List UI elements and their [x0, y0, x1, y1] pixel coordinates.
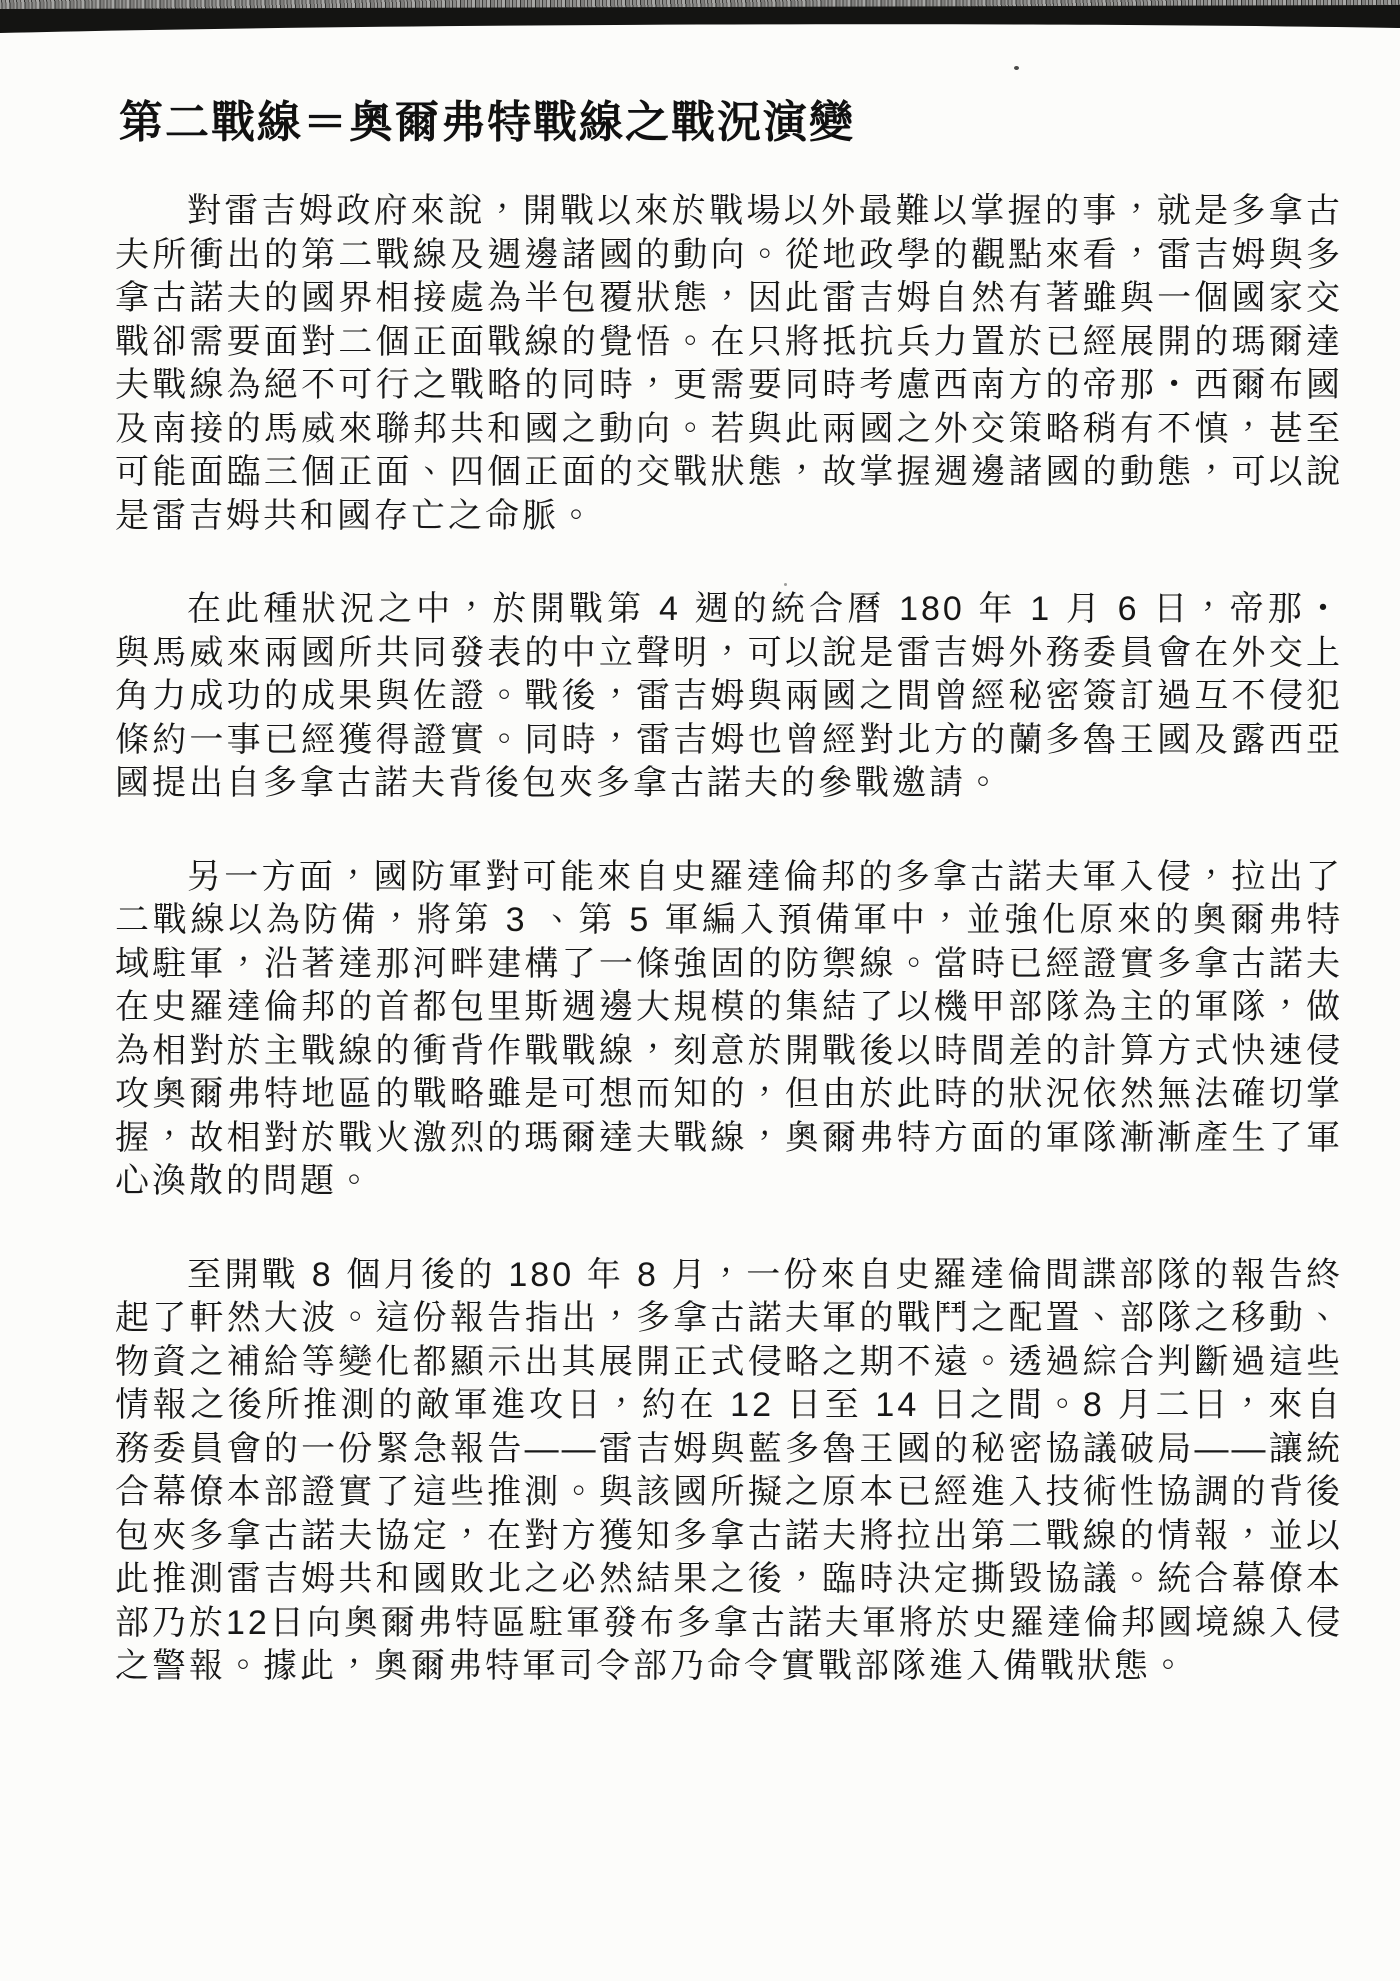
text-line: 包夾多拿古諾夫協定，在對方獲知多拿古諾夫將拉出第二戰線的情報，並以	[115, 1515, 1343, 1559]
text-line: 條約一事已經獲得證實。同時，雷吉姆也曾經對北方的蘭多魯王國及露西亞	[115, 719, 1343, 763]
text-line: 物資之補給等變化都顯示出其展開正式侵略之期不遠。透過綜合判斷過這些	[115, 1341, 1343, 1385]
body-text: 對雷吉姆政府來說，開戰以來於戰場以外最難以掌握的事，就是多拿古諾夫所衝出的第二戰…	[115, 190, 1343, 1689]
text-line: 部乃於12日向奧爾弗特區駐軍發布多拿古諾夫軍將於史羅達倫邦國境線入侵	[115, 1602, 1343, 1646]
text-line: 與馬威來兩國所共同發表的中立聲明，可以說是雷吉姆外務委員會在外交上	[115, 632, 1343, 676]
text-line: 起了軒然大波。這份報告指出，多拿古諾夫軍的戰鬥之配置、部隊之移動、	[115, 1297, 1343, 1341]
scan-edge-artifact	[0, 0, 1400, 40]
text-line: 合幕僚本部證實了這些推測。與該國所擬之原本已經進入技術性協調的背後	[115, 1471, 1343, 1515]
text-line: 域駐軍，沿著達那河畔建構了一條強固的防禦線。當時已經證實多拿古諾夫	[115, 943, 1343, 987]
text-line: 二戰線以為防備，將第 3 、第 5 軍編入預備軍中，並強化原來的奧爾弗特區	[115, 899, 1343, 943]
page-title: 第二戰線＝奧爾弗特戰線之戰況演變	[119, 86, 855, 150]
paragraph: 在此種狀況之中，於開戰第 4 週的統合曆 180 年 1 月 6 日，帝那・西爾…	[115, 588, 1343, 806]
text-line: 戰卻需要面對二個正面戰線的覺悟。在只將抵抗兵力置於已經展開的瑪爾達	[115, 321, 1343, 365]
text-line: 此推測雷吉姆共和國敗北之必然結果之後，臨時決定撕毀協議。統合幕僚本	[115, 1558, 1343, 1602]
text-line: 拿古諾夫的國界相接處為半包覆狀態，因此雷吉姆自然有著雖與一個國家交	[115, 277, 1343, 321]
text-line: 國提出自多拿古諾夫背後包夾多拿古諾夫的參戰邀請。	[115, 762, 1343, 806]
paragraph: 另一方面，國防軍對可能來自史羅達倫邦的多拿古諾夫軍入侵，拉出了第二戰線以為防備，…	[115, 856, 1343, 1204]
paragraph: 對雷吉姆政府來說，開戰以來於戰場以外最難以掌握的事，就是多拿古諾夫所衝出的第二戰…	[115, 190, 1343, 538]
scan-speck	[784, 583, 787, 586]
text-line: 心渙散的問題。	[115, 1160, 1343, 1204]
text-line: 之警報。據此，奧爾弗特軍司令部乃命令實戰部隊進入備戰狀態。	[115, 1645, 1343, 1689]
text-line: 角力成功的成果與佐證。戰後，雷吉姆與兩國之間曾經秘密簽訂過互不侵犯	[115, 675, 1343, 719]
text-line: 情報之後所推測的敵軍進攻日，約在 12 日至 14 日之間。8 月二日，來自外	[115, 1384, 1343, 1428]
text-line: 在史羅達倫邦的首都包里斯週邊大規模的集結了以機甲部隊為主的軍隊，做	[115, 986, 1343, 1030]
text-line: 是雷吉姆共和國存亡之命脈。	[115, 495, 1343, 539]
scan-speck	[1014, 66, 1019, 70]
scan-gutter-shadow	[0, 0, 1400, 40]
text-line: 在此種狀況之中，於開戰第 4 週的統合曆 180 年 1 月 6 日，帝那・西爾…	[115, 588, 1343, 632]
text-line: 可能面臨三個正面、四個正面的交戰狀態，故掌握週邊諸國的動態，可以說	[115, 451, 1343, 495]
text-line: 握，故相對於戰火激烈的瑪爾達夫戰線，奧爾弗特方面的軍隊漸漸產生了軍	[115, 1117, 1343, 1161]
text-line: 夫戰線為絕不可行之戰略的同時，更需要同時考慮西南方的帝那・西爾布國	[115, 364, 1343, 408]
text-line: 攻奧爾弗特地區的戰略雖是可想而知的，但由於此時的狀況依然無法確切掌	[115, 1073, 1343, 1117]
text-line: 至開戰 8 個月後的 180 年 8 月，一份來自史羅達倫間諜部隊的報告終於引	[115, 1254, 1343, 1298]
text-line: 夫所衝出的第二戰線及週邊諸國的動向。從地政學的觀點來看，雷吉姆與多	[115, 234, 1343, 278]
text-line: 務委員會的一份緊急報告——雷吉姆與藍多魯王國的秘密協議破局——讓統	[115, 1428, 1343, 1472]
text-line: 對雷吉姆政府來說，開戰以來於戰場以外最難以掌握的事，就是多拿古諾	[115, 190, 1343, 234]
scanned-document-page: 第二戰線＝奧爾弗特戰線之戰況演變 對雷吉姆政府來說，開戰以來於戰場以外最難以掌握…	[0, 0, 1400, 1981]
text-line: 另一方面，國防軍對可能來自史羅達倫邦的多拿古諾夫軍入侵，拉出了第	[115, 856, 1343, 900]
scan-speck	[231, 326, 234, 329]
text-line: 及南接的馬威來聯邦共和國之動向。若與此兩國之外交策略稍有不慎，甚至	[115, 408, 1343, 452]
text-line: 為相對於主戰線的衝背作戰戰線，刻意於開戰後以時間差的計算方式快速侵	[115, 1030, 1343, 1074]
paragraph: 至開戰 8 個月後的 180 年 8 月，一份來自史羅達倫間諜部隊的報告終於引起…	[115, 1254, 1343, 1689]
